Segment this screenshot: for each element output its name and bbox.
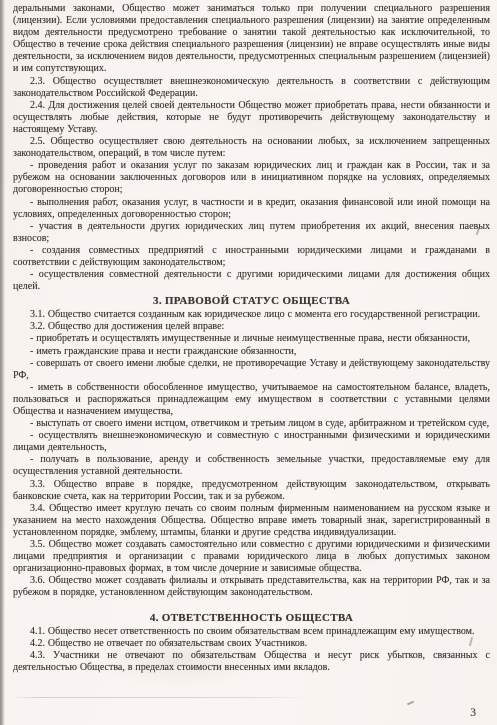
section-heading: 4. ОТВЕТСТВЕННОСТЬ ОБЩЕСТВА	[13, 612, 490, 625]
paragraph: - совершать от своего имени любые сделки…	[13, 358, 490, 382]
paragraph: 3.4. Общество имеет круглую печать со св…	[13, 503, 490, 539]
scan-artifact-mark	[407, 701, 414, 705]
paragraph: - иметь в собственности обособленное иму…	[13, 382, 490, 418]
paragraph: - выступать от своего имени истцом, отве…	[13, 418, 490, 430]
scan-edge-shadow	[0, 0, 5, 725]
paragraph: 4.3. Участники не отвечают по обязательс…	[13, 650, 490, 674]
page-number: 3	[470, 707, 476, 719]
paragraph: 3.5. Общество может создавать самостояте…	[13, 539, 490, 575]
paragraph: 3.6. Общество может создавать филиалы и …	[13, 575, 490, 599]
paragraph: 3.3. Общество вправе в порядке, предусмо…	[13, 479, 490, 503]
paragraph: 4.1. Общество несет ответственность по с…	[13, 626, 490, 638]
paragraph: - участия в деятельности других юридичес…	[13, 221, 490, 245]
paragraph: - осуществления совместной деятельности …	[13, 269, 490, 293]
paragraph: 2.4. Для достижения целей своей деятельн…	[13, 100, 490, 136]
paragraph: 2.3. Общество осуществляет внешнеэкономи…	[13, 76, 490, 100]
paragraph: 2.5. Общество осуществляет свою деятельн…	[13, 136, 490, 160]
paragraph: деральными законами, Общество может зани…	[13, 3, 490, 76]
document-content: деральными законами, Общество может зани…	[13, 3, 490, 674]
document-page: деральными законами, Общество может зани…	[0, 0, 497, 725]
paragraph: - проведения работ и оказания услуг по з…	[13, 160, 490, 196]
scan-artifact-line	[10, 697, 310, 698]
paragraph: 3.2. Общество для достижения целей вправ…	[13, 321, 490, 333]
paragraph: - получать в пользование, аренду и собст…	[13, 454, 490, 478]
paragraph: - приобретать и осуществлять имущественн…	[13, 333, 490, 345]
paragraph: - осуществлять внешнеэкономическую и сов…	[13, 430, 490, 454]
section-heading: 3. ПРАВОВОЙ СТАТУС ОБЩЕСТВА	[13, 295, 490, 308]
paragraph: - выполнения работ, оказания услуг, в ча…	[13, 197, 490, 221]
paragraph: - иметь гражданские права и нести гражда…	[13, 346, 490, 358]
paragraph: - создания совместных предприятий с инос…	[13, 245, 490, 269]
paragraph: 4.2. Общество не отвечает по обязательст…	[13, 638, 490, 650]
paragraph: 3.1. Общество считается созданным как юр…	[13, 309, 490, 321]
